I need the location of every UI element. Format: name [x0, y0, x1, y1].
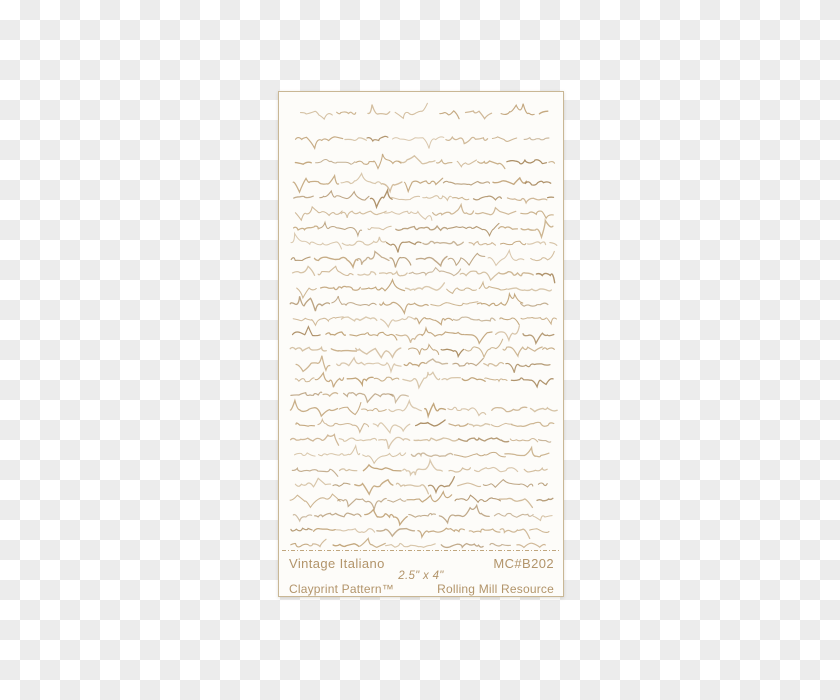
script-stroke: [326, 332, 346, 335]
script-stroke: [448, 253, 485, 265]
script-stroke: [442, 378, 460, 380]
script-stroke: [358, 252, 389, 265]
script-stroke: [396, 226, 448, 230]
footer-row-size: 2.5" x 4": [279, 570, 563, 582]
script-stroke: [319, 222, 361, 235]
script-stroke: [380, 272, 408, 276]
script-stroke: [531, 408, 558, 412]
script-stroke: [339, 438, 376, 441]
script-stroke: [338, 498, 386, 509]
script-stroke: [295, 378, 314, 382]
script-stroke: [458, 483, 481, 487]
script-stroke: [362, 409, 387, 412]
script-stroke: [368, 226, 391, 230]
script-stroke: [355, 480, 393, 494]
script-stroke: [517, 543, 545, 547]
script-stroke: [341, 174, 381, 185]
script-stroke: [425, 404, 446, 417]
clayprint-pattern-card: Vintage Italiano MC#B202 2.5" x 4" Clayp…: [278, 91, 564, 597]
script-stroke: [314, 529, 336, 532]
script-stroke: [503, 347, 542, 356]
script-stroke: [423, 241, 463, 245]
script-stroke: [382, 182, 402, 192]
script-stroke: [331, 349, 356, 351]
script-stroke: [539, 440, 551, 443]
script-stroke: [539, 111, 547, 114]
script-stroke: [290, 296, 329, 311]
script-stroke: [506, 363, 550, 372]
script-stroke: [525, 181, 550, 185]
script-stroke: [440, 111, 459, 119]
script-stroke: [521, 211, 554, 218]
script-stroke: [521, 303, 548, 306]
script-stroke: [457, 160, 476, 167]
script-stroke: [296, 356, 330, 372]
script-stroke: [416, 420, 445, 426]
script-stroke: [301, 111, 333, 119]
script-stroke: [414, 438, 458, 441]
script-stroke: [350, 332, 397, 340]
script-stroke: [290, 494, 340, 507]
script-stroke: [315, 257, 358, 267]
size-label: 2.5" x 4": [398, 570, 443, 582]
script-stroke: [507, 160, 547, 164]
script-stroke: [459, 438, 509, 442]
script-stroke: [315, 373, 343, 387]
script-stroke: [494, 513, 533, 517]
script-stroke: [429, 477, 455, 493]
script-stroke: [296, 423, 315, 426]
script-stroke: [365, 510, 407, 525]
script-stroke: [530, 529, 549, 533]
script-stroke: [342, 317, 377, 321]
script-stroke: [406, 283, 445, 290]
script-stroke: [550, 243, 557, 246]
script-stroke: [291, 435, 339, 446]
script-stroke: [337, 112, 356, 114]
script-stroke: [295, 478, 330, 487]
script-stroke: [291, 257, 310, 260]
script-stroke: [415, 318, 453, 325]
script-stroke: [484, 363, 504, 366]
script-stroke: [292, 468, 338, 476]
script-stroke: [379, 437, 410, 449]
script-stroke: [483, 480, 532, 488]
dash-dot-divider: [282, 550, 560, 551]
script-stroke: [500, 529, 530, 539]
script-stroke: [291, 528, 312, 531]
script-stroke: [511, 378, 553, 387]
script-stroke: [363, 465, 401, 471]
script-stroke: [469, 242, 495, 246]
script-stroke: [320, 191, 369, 200]
script-stroke: [341, 211, 386, 218]
script-stroke: [460, 271, 499, 280]
script-stroke: [491, 423, 512, 426]
script-stroke: [531, 251, 555, 260]
script-stroke: [371, 190, 393, 207]
script-stroke: [490, 543, 510, 546]
script-stroke: [404, 363, 425, 367]
script-stroke: [475, 467, 518, 471]
product-line-label: Clayprint Pattern™: [289, 582, 394, 596]
script-stroke: [395, 103, 427, 118]
script-stroke: [437, 160, 452, 164]
script-stroke: [423, 196, 452, 201]
script-stroke: [449, 424, 468, 427]
script-stroke: [296, 137, 343, 148]
script-stroke: [549, 162, 555, 164]
script-stroke: [315, 513, 361, 517]
script-stroke: [309, 539, 326, 546]
script-stroke: [449, 223, 500, 235]
script-stroke: [293, 176, 338, 192]
script-stroke: [422, 328, 464, 336]
script-stroke: [356, 348, 401, 358]
script-stroke: [295, 453, 316, 456]
script-stroke: [431, 302, 478, 306]
script-stroke: [479, 282, 507, 290]
script-stroke: [377, 529, 415, 537]
script-stroke: [426, 359, 447, 364]
script-stroke: [294, 226, 319, 230]
script-stroke: [293, 327, 321, 336]
script-stroke: [290, 347, 326, 351]
script-stroke: [465, 339, 503, 357]
script-stroke: [543, 348, 555, 350]
script-stroke: [318, 420, 369, 433]
script-stroke: [358, 272, 376, 275]
script-stroke: [538, 483, 547, 486]
script-stroke: [291, 543, 309, 546]
script-stroke: [323, 393, 338, 396]
footer-row-title: Vintage Italiano MC#B202: [289, 556, 554, 571]
script-stroke: [521, 318, 557, 324]
script-stroke: [523, 333, 554, 343]
script-stroke: [381, 317, 416, 327]
script-stroke: [295, 162, 311, 164]
transparency-checkerboard: Vintage Italiano MC#B202 2.5" x 4" Clayp…: [0, 0, 840, 700]
script-stroke: [366, 363, 401, 372]
script-stroke: [390, 394, 408, 402]
script-stroke: [536, 273, 554, 282]
script-stroke: [345, 138, 367, 141]
script-stroke: [537, 498, 553, 501]
script-stroke: [478, 161, 505, 169]
script-stroke: [433, 205, 474, 216]
script-stroke: [392, 196, 420, 199]
script-stroke: [360, 539, 385, 548]
script-stroke: [332, 296, 376, 306]
script-stroke: [293, 266, 315, 275]
script-stroke: [373, 423, 410, 433]
script-stroke: [374, 377, 399, 381]
script-stroke: [469, 424, 489, 427]
script-stroke: [393, 137, 444, 149]
script-stroke: [387, 242, 422, 253]
script-stroke: [501, 104, 534, 115]
script-stroke: [403, 372, 440, 388]
brand-label: Rolling Mill Resource: [437, 582, 554, 596]
script-stroke: [385, 211, 432, 220]
script-stroke: [409, 513, 436, 517]
script-stroke: [293, 317, 343, 325]
script-stroke: [363, 453, 406, 463]
script-stroke: [339, 403, 361, 415]
script-stroke: [318, 266, 353, 275]
script-stroke: [321, 286, 361, 290]
script-stroke: [443, 181, 489, 185]
script-stroke: [446, 137, 488, 144]
script-stroke: [521, 221, 553, 238]
script-stroke: [290, 401, 337, 417]
script-stroke: [396, 334, 423, 342]
script-stroke: [411, 453, 452, 456]
script-stroke: [396, 483, 428, 494]
script-stroke: [499, 227, 518, 230]
script-stroke: [510, 439, 537, 442]
script-stroke: [333, 544, 359, 547]
script-stroke: [333, 483, 350, 486]
script-stroke: [492, 137, 516, 142]
script-stroke: [508, 288, 551, 291]
script-stroke: [342, 237, 385, 245]
script-stroke: [469, 529, 500, 532]
script-stroke: [462, 378, 485, 382]
script-stroke: [524, 468, 547, 472]
script-stroke: [447, 288, 477, 293]
script-stroke: [512, 422, 554, 426]
script-stroke: [474, 196, 502, 200]
script-stroke: [453, 197, 469, 199]
script-stroke: [389, 401, 421, 412]
script-stroke: [454, 317, 496, 321]
footer-row-brand: Clayprint Pattern™ Rolling Mill Resource: [289, 582, 554, 596]
script-stroke: [362, 280, 405, 291]
script-stroke: [466, 111, 492, 119]
script-stroke: [344, 393, 393, 403]
script-stroke: [291, 392, 322, 395]
script-stroke: [499, 498, 532, 507]
script-stroke: [500, 272, 533, 276]
script-stroke: [291, 234, 342, 250]
script-stroke: [528, 242, 546, 245]
script-stroke: [533, 516, 552, 521]
script-stroke: [295, 207, 342, 220]
script-stroke: [319, 446, 360, 456]
script-stroke: [477, 294, 522, 306]
script-stroke: [465, 332, 492, 343]
script-stroke: [388, 499, 406, 502]
script-stroke: [386, 543, 436, 547]
script-stroke: [476, 208, 516, 215]
script-stroke: [492, 407, 527, 411]
script-stroke: [316, 160, 355, 165]
script-stroke: [418, 528, 464, 537]
script-stroke: [380, 302, 428, 313]
script-stroke: [508, 198, 547, 203]
script-stroke: [337, 529, 375, 533]
script-stroke: [405, 178, 443, 191]
script-stroke: [337, 358, 365, 366]
script-stroke: [409, 268, 461, 276]
script-stroke: [347, 377, 373, 385]
script-stroke: [501, 241, 526, 244]
pattern-title: Vintage Italiano: [289, 556, 385, 571]
script-stroke: [293, 515, 311, 521]
script-stroke: [409, 345, 439, 355]
script-stroke: [294, 196, 313, 198]
script-stroke: [453, 359, 483, 367]
script-stroke: [403, 460, 442, 475]
script-stroke: [407, 492, 452, 502]
product-code: MC#B202: [493, 556, 554, 571]
script-stroke: [399, 156, 435, 164]
script-stroke: [454, 452, 505, 457]
script-stroke: [505, 448, 549, 457]
script-stroke: [455, 495, 501, 502]
script-stroke: [367, 136, 388, 141]
script-stroke: [448, 407, 486, 415]
script-stroke: [356, 154, 401, 169]
script-stroke: [548, 197, 554, 198]
script-stroke: [416, 257, 447, 266]
script-stroke: [390, 258, 411, 268]
script-stroke: [493, 178, 526, 184]
script-stroke: [524, 138, 549, 140]
handwritten-script-pattern: [279, 94, 563, 550]
script-stroke: [441, 349, 463, 356]
script-stroke: [439, 505, 489, 522]
script-stroke: [368, 105, 390, 115]
script-stroke: [500, 318, 519, 325]
script-stroke: [496, 326, 520, 340]
script-stroke: [449, 468, 470, 472]
script-stroke: [485, 378, 507, 381]
script-stroke: [441, 544, 483, 548]
script-stroke: [340, 469, 357, 471]
script-stroke: [488, 250, 524, 265]
